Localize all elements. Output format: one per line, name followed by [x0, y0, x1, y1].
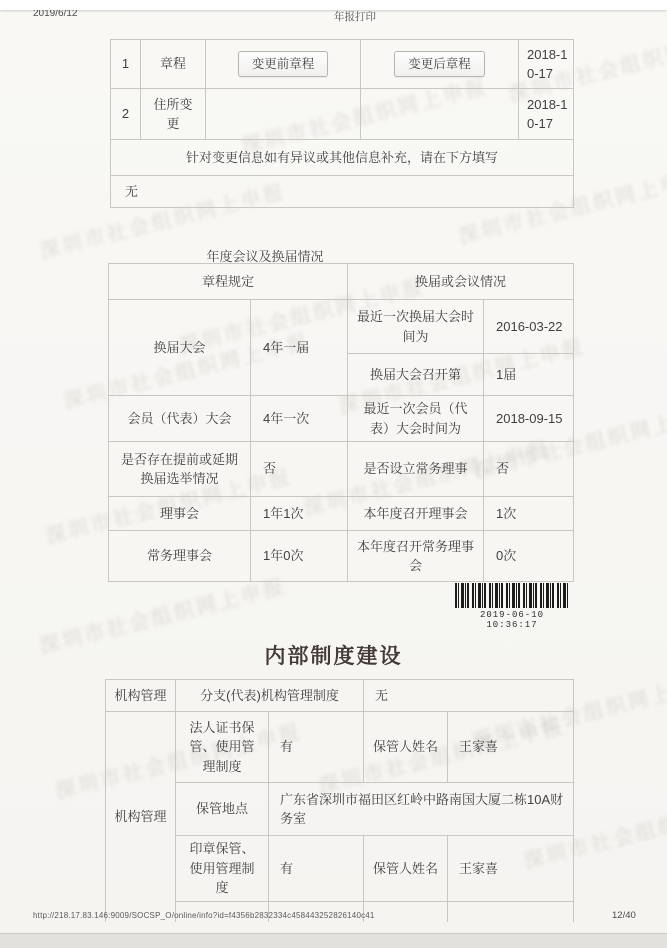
objection-note: 针对变更信息如有异议或其他信息补充，请在下方填写	[111, 140, 574, 176]
group-label: 机构管理	[106, 712, 176, 923]
meeting-table: 章程规定 换届或会议情况 换届大会 4年一届 最近一次换届大会时间为 2016-…	[108, 263, 574, 582]
table-row: 2 住所变更 2018-10-17	[111, 89, 574, 140]
column-header-charter: 章程规定	[109, 264, 348, 300]
print-title: 年报打印	[240, 9, 470, 24]
storage-address: 广东省深圳市福田区红岭中路南国大厦二栋10A财务室	[269, 783, 574, 836]
meeting-sub-label: 最近一次会员（代表）大会时间为	[348, 396, 484, 442]
keeper-name-value: 王家喜	[448, 836, 574, 902]
before-charter-cell: 变更前章程	[206, 40, 361, 89]
scanned-print-page: 深圳市社会组织网上申报 深圳市社会组织网上申报 深圳市社会组织网上申报 深圳市社…	[0, 0, 667, 948]
after-charter-cell: 变更后章程	[361, 40, 519, 89]
change-date: 2018-10-17	[519, 40, 574, 89]
policy-value: 有	[269, 712, 364, 783]
barcode-block: 2019-06-10 10:36:17	[452, 583, 572, 630]
meeting-sub-value: 1次	[484, 497, 574, 531]
objection-answer: 无	[111, 176, 574, 208]
keeper-name-label: 保管人姓名	[364, 836, 448, 902]
meeting-label: 理事会	[109, 497, 251, 531]
empty-cell	[206, 89, 361, 140]
meeting-sub-label: 是否设立常务理事	[348, 442, 484, 497]
meeting-sub-label: 最近一次换届大会时间为	[348, 300, 484, 354]
meeting-rule: 4年一次	[251, 396, 348, 442]
table-row: 印章保管、使用管理制度 有 保管人姓名 王家喜	[106, 836, 574, 902]
keeper-name-value: 王家喜	[448, 712, 574, 783]
policy-label: 印章保管、使用管理制度	[176, 836, 269, 902]
meeting-label: 是否存在提前或延期换届选举情况	[109, 442, 251, 497]
table-header-row: 章程规定 换届或会议情况	[109, 264, 574, 300]
meeting-rule: 1年1次	[251, 497, 348, 531]
table-row: 常务理事会 1年0次 本年度召开常务理事会 0次	[109, 531, 574, 582]
policy-label: 保管地点	[176, 783, 269, 836]
group-label: 机构管理	[106, 680, 176, 712]
meeting-sub-value: 2016-03-22	[484, 300, 574, 354]
table-row: 保管地点 广东省深圳市福田区红岭中路南国大厦二栋10A财务室	[106, 783, 574, 836]
meeting-sub-value: 1届	[484, 354, 574, 396]
after-charter-button[interactable]: 变更后章程	[394, 51, 485, 78]
meeting-label: 换届大会	[109, 300, 251, 396]
change-item-label: 住所变更	[141, 89, 206, 140]
row-number: 1	[111, 40, 141, 89]
table-row: 换届大会 4年一届 最近一次换届大会时间为 2016-03-22	[109, 300, 574, 354]
row-number: 2	[111, 89, 141, 140]
policy-value: 有	[269, 836, 364, 902]
meeting-rule: 4年一届	[251, 300, 348, 396]
changes-table: 1 章程 变更前章程 变更后章程 2018-10-17 2 住所变更 2018-…	[110, 39, 574, 208]
footer-url: http://218.17.83.146:9009/SOCSP_O/online…	[33, 911, 375, 920]
meeting-sub-value: 否	[484, 442, 574, 497]
meeting-sub-value: 2018-09-15	[484, 396, 574, 442]
table-row: 机构管理 分支(代表)机构管理制度 无	[106, 680, 574, 712]
barcode-image	[455, 583, 569, 608]
empty-cell	[364, 901, 448, 922]
policy-label: 法人证书保管、使用管理制度	[176, 712, 269, 783]
meeting-sub-value: 0次	[484, 531, 574, 582]
table-row: 1 章程 变更前章程 变更后章程 2018-10-17	[111, 40, 574, 89]
empty-cell	[448, 901, 574, 922]
meeting-sub-label: 本年度召开常务理事会	[348, 531, 484, 582]
table-row: 无	[111, 176, 574, 208]
table-row: 理事会 1年1次 本年度召开理事会 1次	[109, 497, 574, 531]
table-row: 机构管理 法人证书保管、使用管理制度 有 保管人姓名 王家喜	[106, 712, 574, 783]
barcode-timestamp: 2019-06-10 10:36:17	[452, 610, 572, 630]
policy-value: 无	[364, 680, 574, 712]
internal-section-title: 内部制度建设	[0, 640, 667, 670]
meeting-rule: 否	[251, 442, 348, 497]
scan-top-edge	[0, 0, 667, 10]
internal-table: 机构管理 分支(代表)机构管理制度 无 机构管理 法人证书保管、使用管理制度 有…	[105, 679, 574, 922]
meeting-label: 会员（代表）大会	[109, 396, 251, 442]
table-row: 是否存在提前或延期换届选举情况 否 是否设立常务理事 否	[109, 442, 574, 497]
table-row: 会员（代表）大会 4年一次 最近一次会员（代表）大会时间为 2018-09-15	[109, 396, 574, 442]
meeting-label: 常务理事会	[109, 531, 251, 582]
keeper-name-label: 保管人姓名	[364, 712, 448, 783]
change-date: 2018-10-17	[519, 89, 574, 140]
column-header-status: 换届或会议情况	[348, 264, 574, 300]
policy-label: 分支(代表)机构管理制度	[176, 680, 364, 712]
meeting-rule: 1年0次	[251, 531, 348, 582]
change-item-label: 章程	[141, 40, 206, 89]
footer-page-number: 12/40	[612, 910, 636, 921]
table-row: 针对变更信息如有异议或其他信息补充，请在下方填写	[111, 140, 574, 176]
scan-bottom-edge	[0, 933, 667, 948]
before-charter-button[interactable]: 变更前章程	[238, 51, 329, 78]
empty-cell	[361, 89, 519, 140]
meeting-sub-label: 换届大会召开第	[348, 354, 484, 396]
meeting-sub-label: 本年度召开理事会	[348, 497, 484, 531]
